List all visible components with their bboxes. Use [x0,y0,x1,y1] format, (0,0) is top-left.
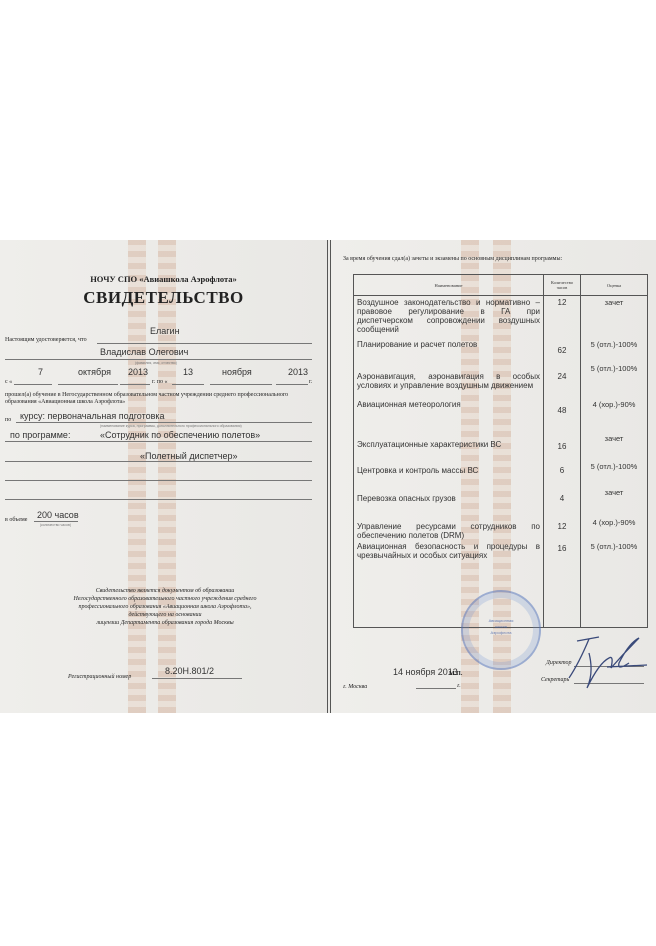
official-seal: Авиационная школа Аэрофлота [461,590,541,670]
table-row: Центровка и контроль массы ВС 6 5 (отл.)… [354,456,648,484]
table-row: Эксплуатационные характеристики ВС 16 за… [354,428,648,456]
school-name: НОЧУ СПО «Авиашкола Аэрофлота» [0,274,327,284]
reg-number: 8.20Н.801/2 [165,666,214,676]
decorative-ribbon [158,240,176,713]
specialty-value: «Полетный диспетчер» [140,451,238,461]
seal-label: М.П. [449,671,462,677]
name-caption: (фамилия, имя, отчество) [135,361,177,365]
table-row: Воздушное законодательство и нормативно … [354,296,648,338]
year-suffix: г. [309,379,312,385]
program-value: «Сотрудник по обеспечению полетов» [100,430,260,440]
volume-value: 200 часов [37,510,79,520]
given-names: Владислав Олегович [100,347,188,357]
grades-table: Наименование Количество часов Оценка Воз… [353,274,648,628]
volume-caption: (количество часов) [40,523,71,527]
table-row: Аэронавигация, аэронавигация в особых ус… [354,362,648,398]
seal-text: Авиационная школа Аэрофлота [463,618,539,636]
grades-intro: За время обучения сдал(а) зачеты и экзам… [343,255,648,263]
date-year-suffix: г. [457,683,461,689]
date-to-year: 2013 [288,367,308,377]
date-from-day: 7 [38,367,43,377]
certify-label: Настоящим удостоверяется, что [5,337,87,343]
table-row: Планирование и расчет полетов 62 5 (отл.… [354,338,648,362]
decorative-ribbon [128,240,146,713]
right-page: За время обучения сдал(а) зачеты и экзам… [330,240,656,713]
document-title: СВИДЕТЕЛЬСТВО [0,288,327,308]
reg-label: Регистрационный номер [68,674,131,680]
course-caption: (наименование курса, программы, дополнит… [100,424,242,428]
course-prefix: по [5,417,11,423]
date-from-month: октября [78,367,111,377]
surname: Елагин [150,326,180,336]
legal-note: Свидетельство является документом об обр… [30,587,300,627]
course-value: курсу: первоначальная подготовка [20,411,165,421]
table-row: Управление ресурсами сотрудников по обес… [354,514,648,540]
from-prefix: с « [5,379,12,385]
date-to-day: 13 [183,367,193,377]
col-grade-header: Оценка [581,275,648,296]
table-row: Авиационная метеорология 48 4 (хор.)-90% [354,398,648,428]
date-to-month: ноября [222,367,252,377]
col-name-header: Наименование [354,275,544,296]
program-label: по программе: [10,430,70,440]
date-from-year: 2013 [128,367,148,377]
col-hours-header: Количество часов [544,275,581,296]
to-prefix: г. по « [152,379,168,385]
certificate-spread: НОЧУ СПО «Авиашкола Аэрофлота» СВИДЕТЕЛЬ… [0,240,656,713]
completed-text: прошел(а) обучение в Негосударственном о… [5,392,305,406]
city: г. Москва [343,684,367,690]
volume-label: в объеме [5,517,27,523]
table-row: Перевозка опасных грузов 4 зачет [354,484,648,514]
left-page: НОЧУ СПО «Авиашкола Аэрофлота» СВИДЕТЕЛЬ… [0,240,328,713]
signature-icon [559,633,649,693]
